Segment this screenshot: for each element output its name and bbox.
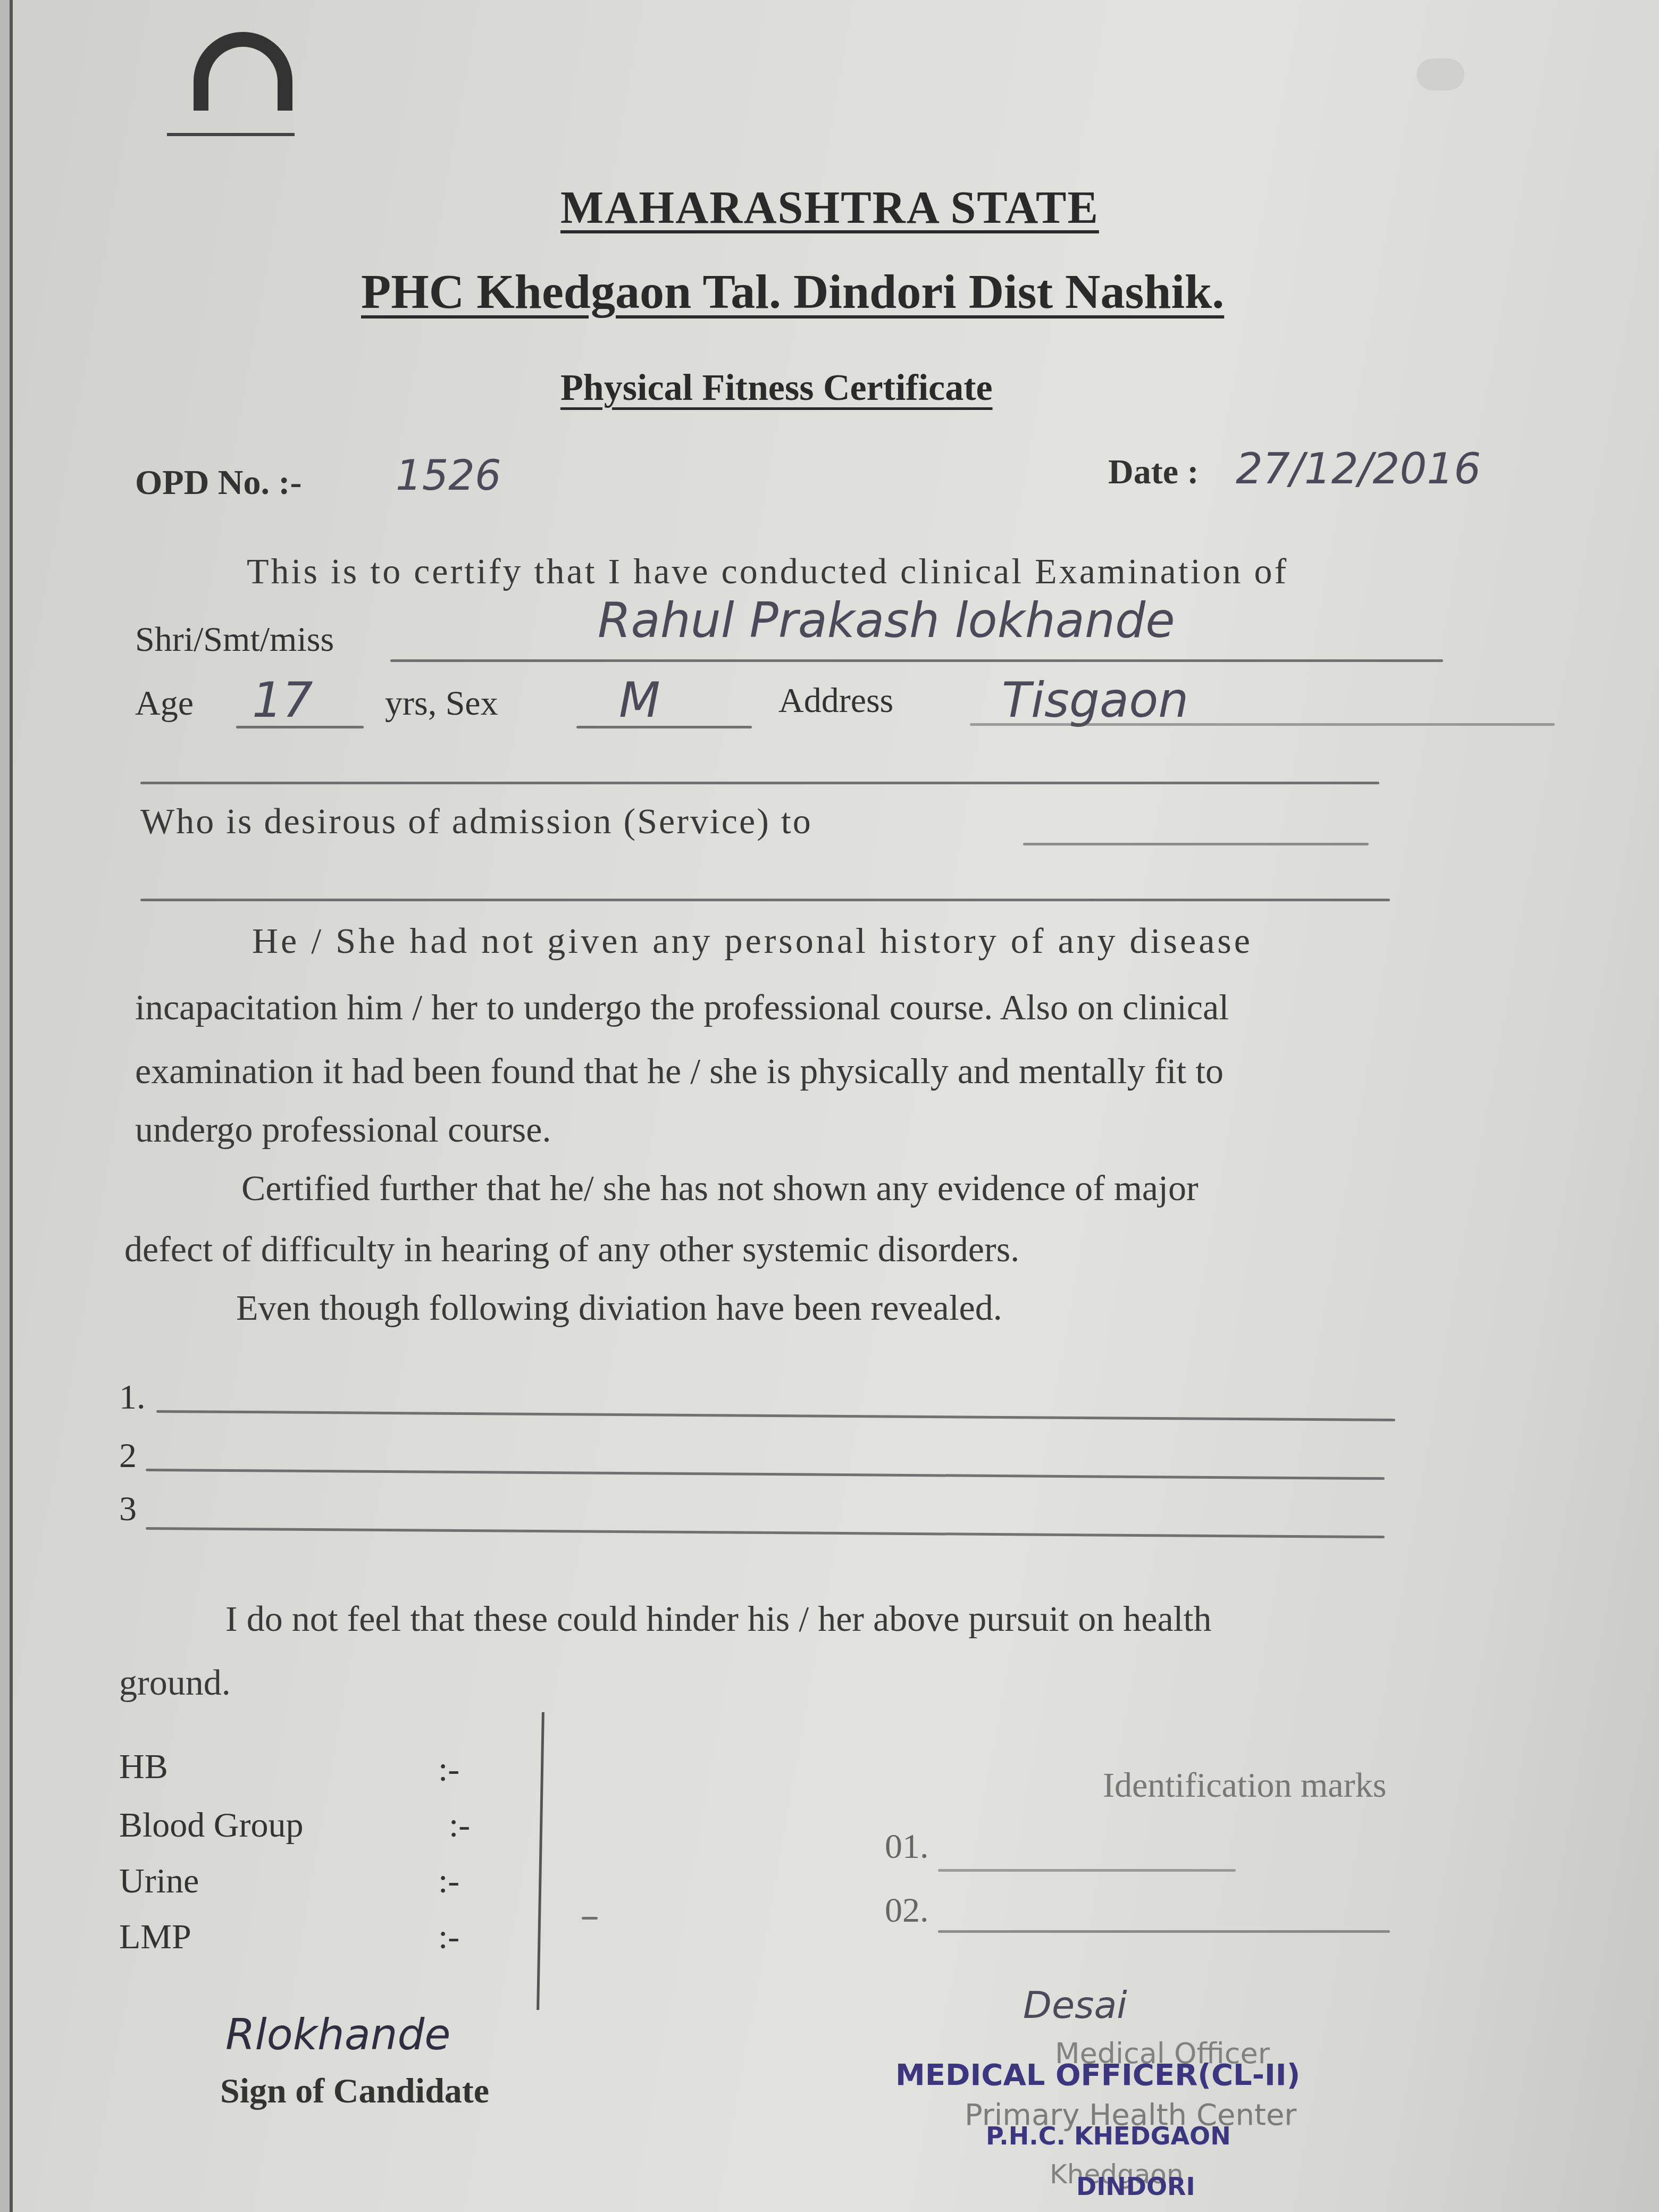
sex-value[interactable]: M [619,673,660,728]
candidate-signature: Rlokhande [225,2010,451,2059]
officer-stamp-line1: MEDICAL OFFICER(CL-II) [895,2058,1300,2092]
patient-name[interactable]: Rahul Prakash lokhande [598,593,1175,649]
statement-p3: Even though following diviation have bee… [236,1287,1002,1329]
age-label: Age [135,683,194,724]
identification-1-number: 01. [885,1826,929,1867]
deviation-2-field[interactable] [146,1469,1385,1480]
identification-1-field[interactable] [938,1869,1236,1872]
address-value[interactable]: Tisgaon [1002,673,1188,728]
age-underline [236,726,364,728]
emblem-caption [167,112,295,136]
candidate-signature-label: Sign of Candidate [220,2071,489,2112]
institution-heading: PHC Khedgaon Tal. Dindori Dist Nashik. [361,263,1224,320]
statement-p2-line1: Certified further that he/ she has not s… [241,1167,1199,1209]
officer-stamp-line3: DINDORI [1076,2172,1195,2201]
name-underline [390,659,1443,662]
opd-number[interactable]: 1526 [396,452,501,500]
emblem-arc-icon [194,32,292,111]
statement-p1-line4: undergo professional course. [135,1109,551,1151]
test-sep-hb: :- [438,1749,459,1790]
address-continuation-line [140,782,1379,784]
deviation-1-number: 1. [119,1377,146,1418]
closing-line2: ground. [119,1662,231,1704]
statement-p1-line1: He / She had not given any personal hist… [252,920,1253,962]
admission-field[interactable] [1023,843,1369,845]
state-heading: MAHARASHTRA STATE [560,181,1099,234]
statement-p2-line2: defect of difficulty in hearing of any o… [124,1228,1019,1270]
tests-divider-line [537,1712,544,2010]
test-sep-urine: :- [438,1861,459,1901]
deviation-3-number: 3 [119,1489,137,1529]
date-value[interactable]: 27/12/2016 [1236,444,1481,493]
date-label: Date : [1108,452,1199,492]
test-sep-blood-group: :- [449,1805,470,1846]
identification-label: Identification marks [1103,1765,1386,1806]
deviation-3-field[interactable] [146,1527,1385,1538]
test-sep-lmp: :- [438,1917,459,1957]
identification-2-number: 02. [885,1890,929,1931]
identification-2-field[interactable] [938,1930,1390,1933]
certify-intro: This is to certify that I have conducted… [247,550,1288,592]
test-label-urine: Urine [119,1861,199,1901]
statement-p1-line2: incapacitation him / her to undergo the … [135,986,1229,1028]
opd-label: OPD No. :- [135,463,301,503]
yrs-sex-label: yrs, Sex [385,683,498,724]
age-value[interactable]: 17 [252,673,313,728]
certificate-title: Physical Fitness Certificate [560,367,993,409]
test-label-lmp: LMP [119,1917,191,1957]
test-label-hb: HB [119,1747,168,1787]
admission-label: Who is desirous of admission (Service) t… [140,800,812,842]
closing-line1: I do not feel that these could hinder hi… [225,1598,1211,1640]
deviation-1-field[interactable] [156,1410,1395,1421]
admission-continuation-line [140,899,1390,901]
address-label: Address [778,681,893,721]
dash-mark [582,1917,598,1920]
certificate-page: MAHARASHTRA STATE PHC Khedgaon Tal. Dind… [10,0,1659,2212]
officer-signature: Desai [1023,1983,1127,2027]
deviation-2-number: 2 [119,1436,137,1476]
officer-stamp-line2: P.H.C. KHEDGAON [986,2122,1231,2150]
government-emblem-logo [140,21,326,160]
statement-p1-line3: examination it had been found that he / … [135,1050,1224,1092]
test-label-blood-group: Blood Group [119,1805,304,1846]
address-underline [970,723,1555,726]
name-label: Shri/Smt/miss [135,619,334,660]
sex-underline [576,726,752,728]
faint-stamp-mark [1417,58,1464,90]
